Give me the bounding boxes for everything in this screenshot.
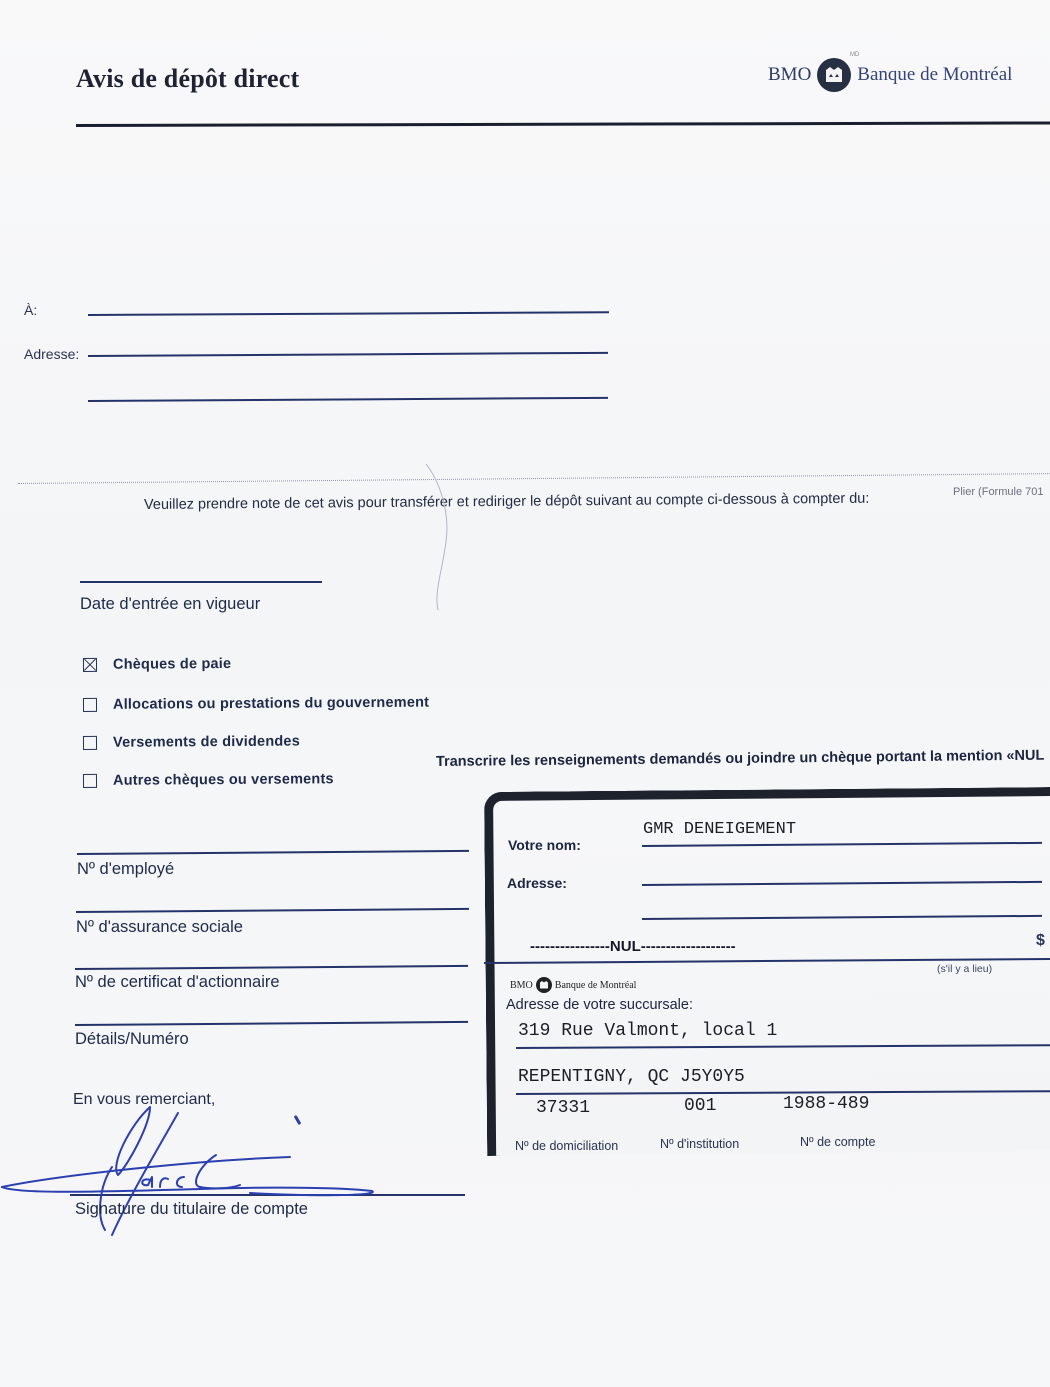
checkbox-checked-icon[interactable]: [83, 658, 97, 672]
transit-number: 37331: [536, 1098, 590, 1118]
account-label: Nº de compte: [800, 1135, 875, 1149]
to-label: À:: [24, 302, 37, 318]
deposit-type-label: Chèques de paie: [113, 656, 231, 673]
details-field[interactable]: [75, 1021, 468, 1026]
deposit-type-label: Autres chèques ou versements: [113, 771, 334, 789]
transcribe-instruction: Transcrire les renseignements demandés o…: [436, 748, 1044, 770]
address-field-1[interactable]: [88, 352, 608, 357]
effective-date-label: Date d'entrée en vigueur: [80, 595, 260, 614]
page-title: Avis de dépôt direct: [76, 64, 299, 94]
trademark-mark: MD: [850, 52, 859, 58]
branch-address-label: Adresse de votre succursale:: [506, 997, 693, 1013]
signature-label: Signature du titulaire de compte: [75, 1200, 308, 1219]
signature-scribble: [0, 1105, 400, 1240]
shareholder-cert-field[interactable]: [75, 965, 468, 970]
address-label: Adresse:: [24, 346, 79, 362]
panel-address-label: Adresse:: [507, 875, 567, 891]
bank-logo-name: Banque de Montréal: [555, 980, 637, 991]
deposit-type-government[interactable]: Allocations ou prestations du gouverneme…: [83, 695, 429, 713]
deposit-type-label: Allocations ou prestations du gouverneme…: [113, 695, 429, 713]
branch-address-line2: REPENTIGNY, QC J5Y0Y5: [518, 1067, 745, 1087]
bank-logo: BMO MD Banque de Montréal: [768, 58, 1012, 92]
sin-label: Nº d'assurance sociale: [76, 918, 243, 937]
your-name-value: GMR DENEIGEMENT: [643, 820, 796, 839]
if-applicable-note: (s'il y a lieu): [937, 963, 992, 975]
employee-number-field[interactable]: [77, 850, 469, 855]
institution-label: Nº d'institution: [660, 1137, 739, 1151]
deposit-type-label: Versements de dividendes: [113, 733, 300, 750]
void-mark: ----------------NUL-------------------: [530, 938, 736, 955]
address-field-2[interactable]: [88, 397, 608, 402]
checkbox-icon[interactable]: [83, 774, 97, 788]
fold-line: [18, 473, 1050, 484]
checkbox-icon[interactable]: [83, 698, 97, 712]
shareholder-cert-label: Nº de certificat d'actionnaire: [75, 973, 280, 992]
document-page: Avis de dépôt direct BMO MD Banque de Mo…: [0, 0, 1050, 1387]
instruction-text: Veuillez prendre note de cet avis pour t…: [144, 491, 870, 513]
transit-label: Nº de domiciliation: [515, 1139, 618, 1153]
deposit-type-payroll[interactable]: Chèques de paie: [83, 656, 231, 673]
bmo-roundel-icon: MD: [817, 58, 851, 92]
currency-symbol: $: [1036, 932, 1045, 950]
effective-date-field[interactable]: [80, 581, 322, 583]
title-divider: [76, 121, 1050, 127]
your-name-label: Votre nom:: [508, 837, 581, 853]
bank-logo-small: BMO Banque de Montréal: [510, 977, 636, 993]
bank-logo-short: BMO: [768, 64, 811, 86]
sin-field[interactable]: [76, 908, 469, 913]
account-number: 1988-489: [783, 1094, 869, 1114]
bank-logo-name: Banque de Montréal: [857, 64, 1012, 86]
deposit-type-dividends[interactable]: Versements de dividendes: [83, 733, 300, 751]
bmo-roundel-icon: [536, 977, 552, 993]
checkbox-icon[interactable]: [83, 736, 97, 750]
to-field[interactable]: [88, 311, 609, 315]
fold-note: Plier (Formule 701: [953, 486, 1043, 498]
branch-address-line1: 319 Rue Valmont, local 1: [518, 1021, 777, 1041]
bank-logo-short: BMO: [510, 980, 533, 991]
employee-number-label: Nº d'employé: [77, 860, 174, 879]
details-label: Détails/Numéro: [75, 1030, 189, 1049]
stray-pen-mark: [420, 462, 460, 612]
institution-number: 001: [684, 1096, 716, 1116]
deposit-type-other[interactable]: Autres chèques ou versements: [83, 771, 334, 789]
